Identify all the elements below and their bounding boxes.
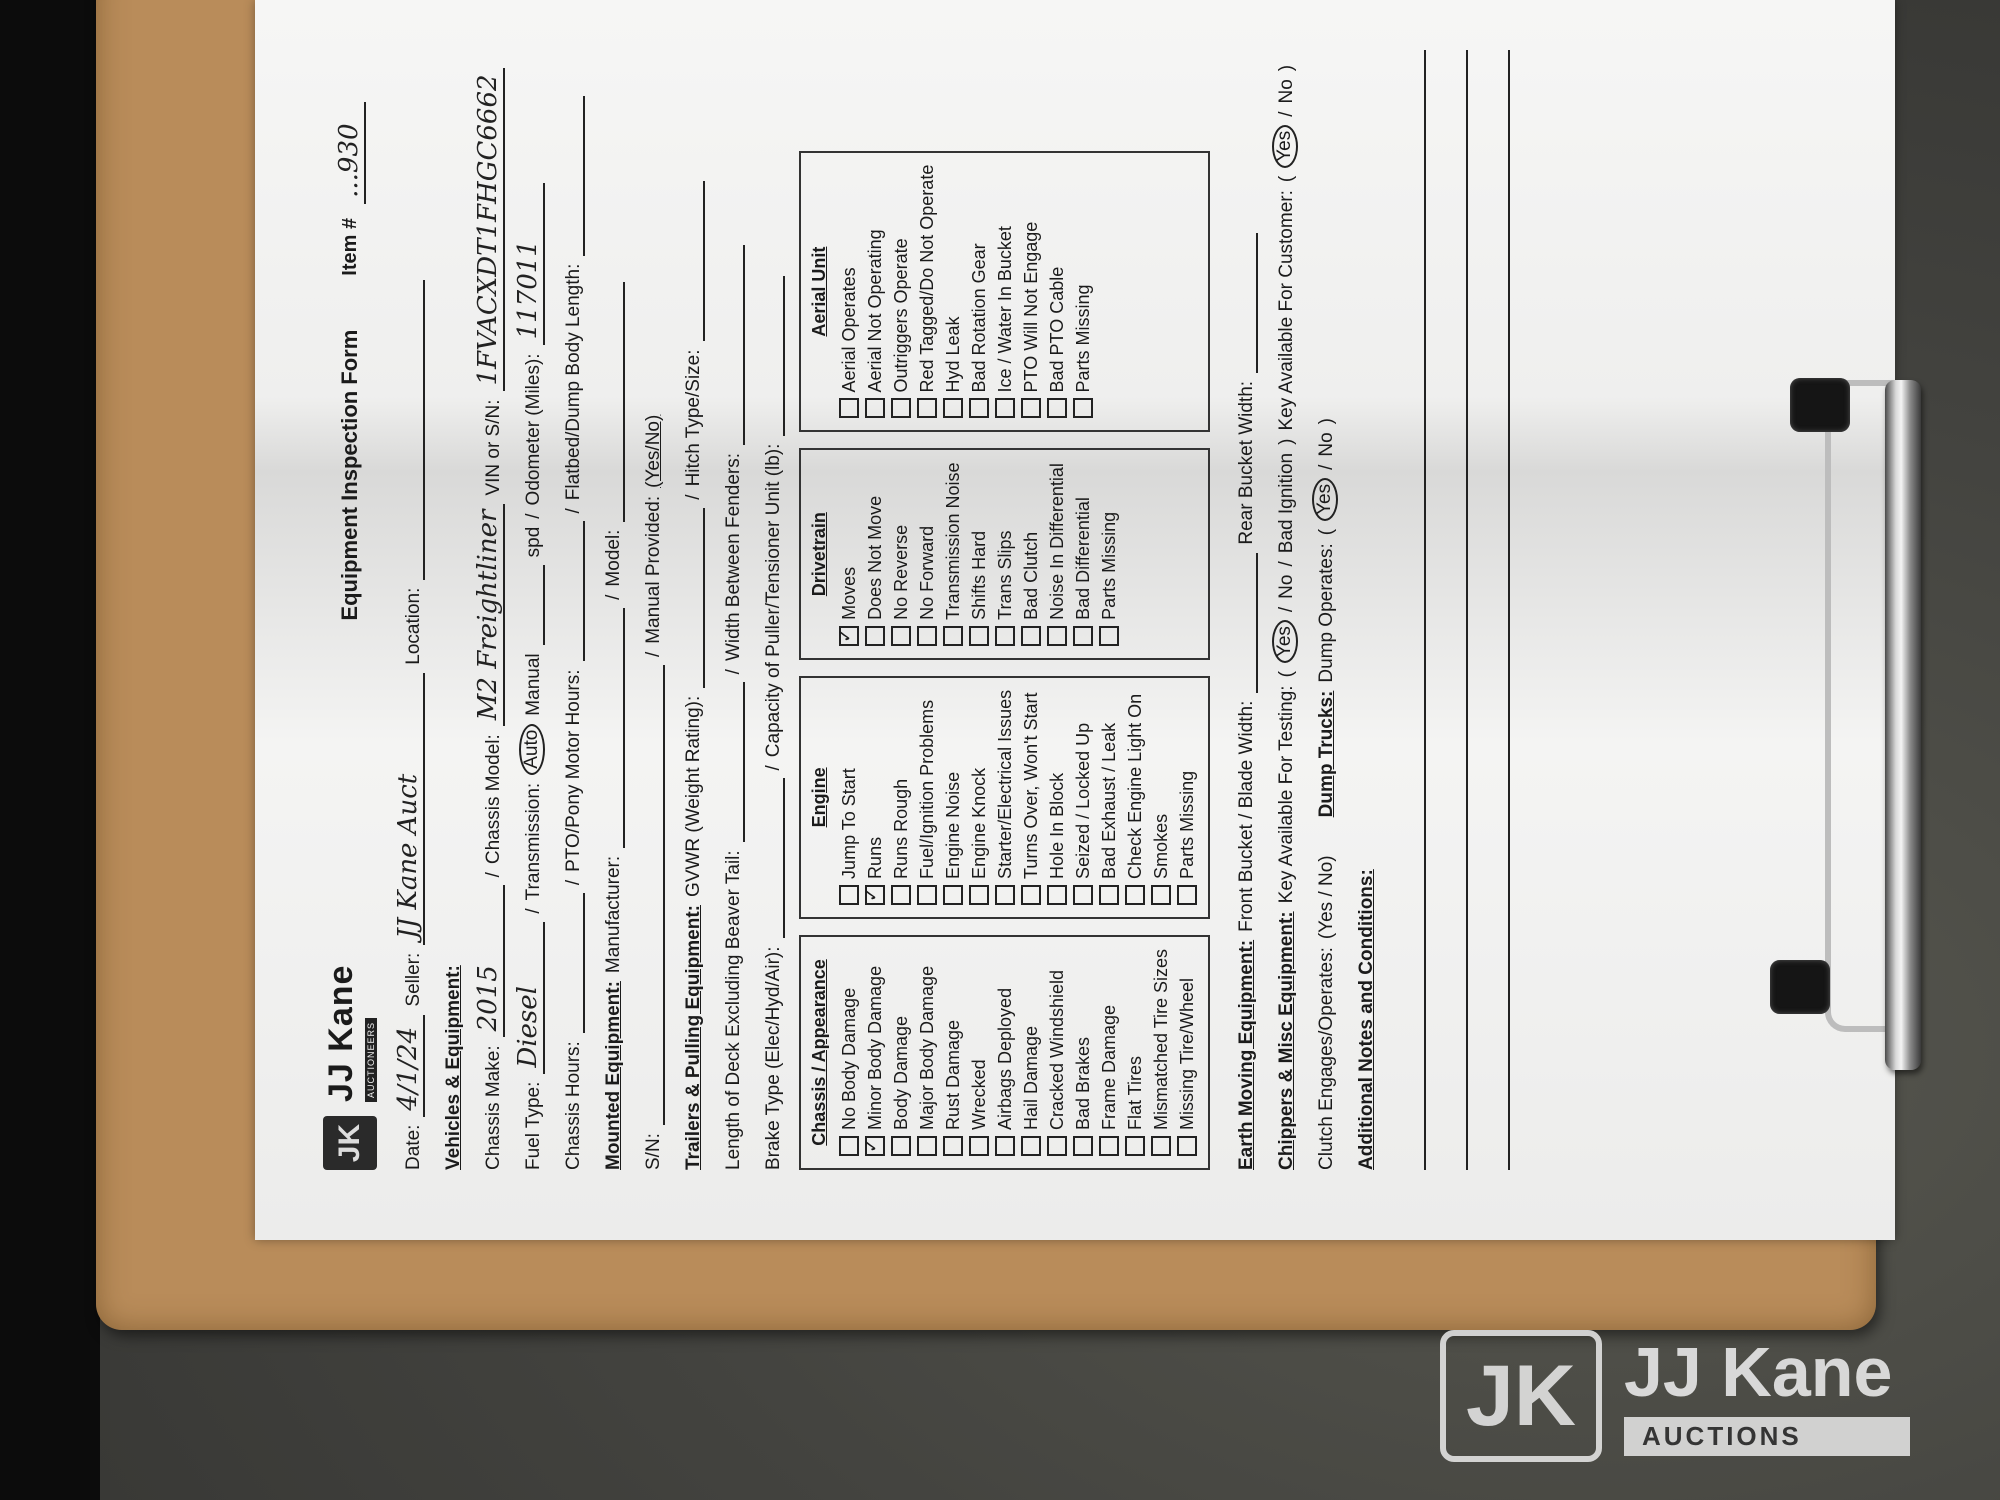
checklist-item-label: Starter/Electrical Issues	[995, 690, 1016, 879]
checklist-item-label: Moves	[839, 567, 860, 620]
manual-provided-options[interactable]: (Yes/No)	[643, 415, 665, 488]
checklist-item[interactable]: Seized / Locked Up	[1070, 690, 1096, 905]
chippers-row: Chippers & Misc Equipment: Key Available…	[1264, 50, 1298, 1170]
date-label: Date:	[403, 1125, 425, 1170]
brand-logo-icon: JK	[323, 1116, 377, 1170]
dump-operates-no[interactable]: No	[1316, 432, 1338, 456]
checklist-item-label: Seized / Locked Up	[1073, 723, 1094, 879]
key-customer-label: Key Available For Customer:	[1276, 190, 1298, 430]
checklist-item-label: Trans Slips	[995, 531, 1016, 620]
gvwr-field[interactable]	[683, 508, 705, 688]
checklist-item[interactable]: Rust Damage	[940, 949, 966, 1156]
checkbox-icon[interactable]	[943, 398, 963, 418]
checkbox-icon[interactable]	[1177, 885, 1197, 905]
checklist-item[interactable]: Ice / Water In Bucket	[992, 165, 1018, 419]
checked-box-icon[interactable]	[865, 1136, 885, 1156]
manual-provided-label: Manual Provided:	[643, 496, 665, 644]
checklist-item[interactable]: No Body Damage	[836, 949, 862, 1156]
checkbox-icon[interactable]	[1073, 1136, 1093, 1156]
clutch-label: Clutch Engages/Operates:	[1316, 947, 1338, 1170]
jk-logo-icon: JK	[1440, 1330, 1602, 1462]
checkbox-icon[interactable]	[891, 626, 911, 646]
checklist-item-label: Missing Tire/Wheel	[1177, 978, 1198, 1130]
checked-box-icon[interactable]	[865, 885, 885, 905]
checklist-item[interactable]: Cracked Windshield	[1044, 949, 1070, 1156]
aerial-box-title: Aerial Unit	[809, 165, 830, 419]
checkbox-icon[interactable]	[865, 626, 885, 646]
checklist-item-label: Engine Noise	[943, 772, 964, 879]
checklist-item[interactable]: Turns Over, Won't Start	[1018, 690, 1044, 905]
chassis-hours-label: Chassis Hours:	[563, 1041, 585, 1170]
checklist-item-label: Aerial Operates	[839, 267, 860, 392]
flatbed-length-field[interactable]	[563, 96, 585, 256]
checklist-item[interactable]: Check Engine Light On	[1122, 690, 1148, 905]
checklist-item-label: Parts Missing	[1099, 512, 1120, 620]
checklist-item[interactable]: Bad Rotation Gear	[966, 165, 992, 419]
checklist-item[interactable]: No Forward	[914, 462, 940, 645]
checkbox-icon[interactable]	[917, 1136, 937, 1156]
brake-row: Brake Type (Elec/Hyd/Air): / Capacity of…	[751, 50, 785, 1170]
checklist-item-label: Transmission Noise	[943, 462, 964, 619]
checklist-item[interactable]: Bad Differential	[1070, 462, 1096, 645]
checkbox-icon[interactable]	[917, 398, 937, 418]
key-testing-yes[interactable]: Yes	[1272, 620, 1298, 663]
checklist-item-label: No Forward	[917, 526, 938, 620]
checkbox-icon[interactable]	[969, 885, 989, 905]
engine-box-title: Engine	[809, 690, 830, 905]
deck-row: Length of Deck Excluding Beaver Tail: / …	[711, 50, 745, 1170]
speed-field[interactable]	[523, 565, 545, 645]
odometer-field[interactable]: 117011	[513, 183, 545, 345]
notes-line[interactable]	[1426, 50, 1468, 1170]
engine-box: Engine Jump To StartRunsRuns RoughFuel/I…	[799, 676, 1210, 919]
chassis-model-label: Chassis Model:	[483, 734, 505, 864]
checkbox-icon[interactable]	[969, 1136, 989, 1156]
checkbox-icon[interactable]	[1151, 885, 1171, 905]
checklist-item-label: Red Tagged/Do Not Operate	[917, 165, 938, 393]
checklist-item[interactable]: Engine Noise	[940, 690, 966, 905]
checkbox-icon[interactable]	[1073, 885, 1093, 905]
clip-knob-top	[1790, 378, 1850, 432]
chippers-section-title: Chippers & Misc Equipment:	[1276, 911, 1298, 1170]
checklist-item-label: Outriggers Operate	[891, 238, 912, 392]
chassis-hours-field[interactable]	[563, 893, 585, 1033]
deck-length-label: Length of Deck Excluding Beaver Tail:	[723, 850, 745, 1170]
flatbed-length-label: Flatbed/Dump Body Length:	[563, 264, 585, 501]
front-bucket-label: Front Bucket / Blade Width:	[1236, 701, 1258, 932]
checkbox-icon[interactable]	[1021, 626, 1041, 646]
checklist-item[interactable]: Bad PTO Cable	[1044, 165, 1070, 419]
rear-bucket-label: Rear Bucket Width:	[1236, 381, 1258, 545]
checkbox-icon[interactable]	[891, 885, 911, 905]
checklist-item-label: PTO Will Not Engage	[1021, 222, 1042, 393]
checklist-item[interactable]: Smokes	[1148, 690, 1174, 905]
rear-bucket-field[interactable]	[1236, 233, 1258, 373]
drivetrain-box-title: Drivetrain	[809, 462, 830, 645]
capacity-field[interactable]	[763, 276, 785, 436]
checklist-item[interactable]: Runs Rough	[888, 690, 914, 905]
checklist-item[interactable]: Engine Knock	[966, 690, 992, 905]
checkbox-icon[interactable]	[839, 1136, 859, 1156]
paper-wrapper: JK JJ Kane AUCTIONEERS Equipment Inspect…	[255, 0, 1895, 1240]
checkbox-icon[interactable]	[969, 626, 989, 646]
odometer-label: Odometer (Miles):	[523, 353, 545, 505]
checklist-item[interactable]: Fuel/Ignition Problems	[914, 690, 940, 905]
checkbox-icon[interactable]	[943, 1136, 963, 1156]
checklist-item[interactable]: Wrecked	[966, 949, 992, 1156]
checklist-item-label: Does Not Move	[865, 496, 886, 620]
checkbox-icon[interactable]	[943, 885, 963, 905]
checklist-item-label: Noise In Differential	[1047, 463, 1068, 620]
drivetrain-box: Drivetrain MovesDoes Not MoveNo ReverseN…	[799, 448, 1210, 659]
checklist-item[interactable]: Trans Slips	[992, 462, 1018, 645]
checklist-item[interactable]: No Reverse	[888, 462, 914, 645]
earth-moving-title: Earth Moving Equipment:	[1236, 940, 1258, 1170]
trailers-section-title: Trailers & Pulling Equipment:	[683, 905, 705, 1170]
clutch-row: Clutch Engages/Operates: (Yes / No) Dump…	[1304, 50, 1338, 1170]
checkbox-icon[interactable]	[995, 885, 1015, 905]
manufacturer-label: Manufacturer:	[603, 856, 625, 973]
checklist-item-label: Aerial Not Operating	[865, 229, 886, 392]
notes-line[interactable]	[1468, 50, 1510, 1170]
transmission-auto-option[interactable]: Auto	[519, 724, 545, 775]
vin-label: VIN or S/N:	[483, 400, 505, 496]
checkbox-icon[interactable]	[839, 885, 859, 905]
checklist-item[interactable]: Moves	[836, 462, 862, 645]
checklist-item[interactable]: Hole In Block	[1044, 690, 1070, 905]
checklist-item-label: Bad PTO Cable	[1047, 267, 1068, 393]
checklist-item-label: Bad Rotation Gear	[969, 243, 990, 392]
manufacturer-field[interactable]	[603, 608, 625, 848]
inspection-form: JK JJ Kane AUCTIONEERS Equipment Inspect…	[255, 0, 1895, 1240]
checkbox-icon[interactable]	[1099, 626, 1119, 646]
checkbox-icon[interactable]	[1099, 1136, 1119, 1156]
chassis-box-title: Chassis / Appearance	[809, 949, 830, 1156]
checklist-item-label: Body Damage	[891, 1016, 912, 1130]
clipboard-clip[interactable]	[1885, 380, 1921, 1070]
key-testing-label: Key Available For Testing:	[1276, 685, 1298, 903]
transmission-manual-option[interactable]: Manual	[523, 653, 545, 715]
checkbox-icon[interactable]	[891, 398, 911, 418]
checklist-item[interactable]: Parts Missing	[1070, 165, 1096, 419]
checkbox-icon[interactable]	[1021, 1136, 1041, 1156]
checkbox-icon[interactable]	[1073, 626, 1093, 646]
sn-field[interactable]	[643, 665, 665, 1125]
fuel-type-label: Fuel Type:	[523, 1082, 545, 1170]
checklist-item[interactable]: Noise In Differential	[1044, 462, 1070, 645]
watermark-name: JJ Kane	[1624, 1337, 1910, 1407]
checklist-item[interactable]: Airbags Deployed	[992, 949, 1018, 1156]
checkbox-icon[interactable]	[917, 885, 937, 905]
checklist-item-label: Hyd Leak	[943, 316, 964, 392]
seller-field[interactable]: JJ Kane Auct	[393, 673, 425, 945]
checkbox-icon[interactable]	[839, 398, 859, 418]
checklist-item[interactable]: Shifts Hard	[966, 462, 992, 645]
checklist-item[interactable]: Starter/Electrical Issues	[992, 690, 1018, 905]
pto-hours-label: PTO/Pony Motor Hours:	[563, 670, 585, 872]
checklist-item[interactable]: Hail Damage	[1018, 949, 1044, 1156]
checkbox-icon[interactable]	[969, 398, 989, 418]
key-customer-no[interactable]: No	[1276, 79, 1298, 103]
checkbox-icon[interactable]	[917, 626, 937, 646]
chassis-make-label: Chassis Make:	[483, 1045, 505, 1170]
checklist-item[interactable]: Bad Clutch	[1018, 462, 1044, 645]
checklist-item-label: Hail Damage	[1021, 1026, 1042, 1130]
form-title: Equipment Inspection Form	[337, 330, 363, 621]
hitch-field[interactable]	[683, 181, 705, 341]
brake-type-field[interactable]	[763, 778, 785, 938]
checklist-item[interactable]: PTO Will Not Engage	[1018, 165, 1044, 419]
checkbox-icon[interactable]	[891, 1136, 911, 1156]
location-label: Location:	[403, 588, 425, 665]
deck-length-field[interactable]	[723, 682, 745, 842]
checklist-item[interactable]: Jump To Start	[836, 690, 862, 905]
vehicles-section-title: Vehicles & Equipment:	[443, 965, 465, 1170]
form-header: JK JJ Kane AUCTIONEERS Equipment Inspect…	[315, 50, 385, 1170]
checklist-item-label: Hole In Block	[1047, 773, 1068, 879]
checklist-item-label: Minor Body Damage	[865, 966, 886, 1130]
model-field[interactable]	[603, 282, 625, 522]
checkbox-icon[interactable]	[1151, 1136, 1171, 1156]
aerial-box: Aerial Unit Aerial OperatesAerial Not Op…	[799, 151, 1210, 433]
checkbox-icon[interactable]	[995, 1136, 1015, 1156]
checklist-item[interactable]: Major Body Damage	[914, 949, 940, 1156]
brake-type-label: Brake Type (Elec/Hyd/Air):	[763, 946, 785, 1170]
checklist-item-label: Turns Over, Won't Start	[1021, 692, 1042, 879]
checklist-item-label: Rust Damage	[943, 1020, 964, 1130]
sn-label: S/N:	[643, 1133, 665, 1170]
chassis-make-field[interactable]: 2015	[473, 885, 505, 1037]
checkbox-icon[interactable]	[1047, 626, 1067, 646]
checklist-item[interactable]: Hyd Leak	[940, 165, 966, 419]
fuel-type-field[interactable]: Diesel	[513, 922, 545, 1074]
trailers-row: Trailers & Pulling Equipment: GVWR (Weig…	[671, 50, 705, 1170]
notes-section-title: Additional Notes and Conditions:	[1356, 869, 1378, 1170]
checkbox-icon[interactable]	[1125, 885, 1145, 905]
checkbox-icon[interactable]	[1021, 398, 1041, 418]
checklist-item-label: Bad Clutch	[1021, 532, 1042, 620]
gvwr-label: GVWR (Weight Rating):	[683, 696, 705, 897]
fenders-width-label: Width Between Fenders:	[723, 453, 745, 661]
model-label: Model:	[603, 530, 625, 587]
checklist-item-label: Smokes	[1151, 814, 1172, 879]
checklist-item-label: Engine Knock	[969, 768, 990, 879]
transmission-label: Transmission:	[523, 783, 545, 901]
dump-operates-yes[interactable]: Yes	[1312, 478, 1338, 521]
checkbox-icon[interactable]	[1099, 885, 1119, 905]
chassis-model-field[interactable]: M2 Freightliner	[473, 504, 505, 727]
checklist-item[interactable]: Aerial Operates	[836, 165, 862, 419]
location-field[interactable]	[403, 280, 425, 580]
clip-knob-bottom	[1770, 960, 1830, 1014]
pto-hours-field[interactable]	[563, 522, 585, 662]
checkbox-icon[interactable]	[1073, 398, 1093, 418]
hitch-label: Hitch Type/Size:	[683, 349, 705, 486]
key-customer-yes[interactable]: Yes	[1272, 125, 1298, 168]
checkbox-icon[interactable]	[1047, 885, 1067, 905]
checkbox-icon[interactable]	[865, 398, 885, 418]
checklist-item-label: Ice / Water In Bucket	[995, 226, 1016, 392]
checklist-item-label: Airbags Deployed	[995, 988, 1016, 1130]
checklist-item[interactable]: Runs	[862, 690, 888, 905]
checkbox-icon[interactable]	[1177, 1136, 1197, 1156]
checklist-item-label: Parts Missing	[1073, 284, 1094, 392]
watermark-tag: AUCTIONS	[1624, 1417, 1910, 1456]
checklist-item[interactable]: Mismatched Tire Sizes	[1148, 949, 1174, 1156]
chassis-row: Chassis Make: 2015 / Chassis Model: M2 F…	[471, 50, 505, 1170]
checklist-item-label: Runs	[865, 837, 886, 879]
watermark-logo: JK JJ Kane AUCTIONS	[1440, 1330, 1910, 1462]
checklist-item[interactable]: Frame Damage	[1096, 949, 1122, 1156]
checkbox-icon[interactable]	[1021, 885, 1041, 905]
checkbox-icon[interactable]	[995, 626, 1015, 646]
dump-operates-label: Dump Operates:	[1316, 543, 1338, 682]
checklist-item-label: Bad Brakes	[1073, 1037, 1094, 1130]
checkbox-icon[interactable]	[1047, 398, 1067, 418]
dump-trucks-title: Dump Trucks:	[1316, 691, 1338, 818]
hours-row: Chassis Hours: / PTO/Pony Motor Hours: /…	[551, 50, 585, 1170]
item-number-label: Item #	[339, 218, 362, 276]
checklist-item[interactable]: Red Tagged/Do Not Operate	[914, 165, 940, 419]
item-number-value[interactable]: ...930	[334, 102, 366, 204]
mounted-row: Mounted Equipment: Manufacturer: / Model…	[591, 50, 625, 1170]
checklist-item[interactable]: Does Not Move	[862, 462, 888, 645]
checklist-item-label: Runs Rough	[891, 779, 912, 879]
chassis-box: Chassis / Appearance No Body DamageMinor…	[799, 935, 1210, 1170]
brand-name: JJ Kane	[322, 965, 361, 1102]
checklist-item-label: Flat Tires	[1125, 1056, 1146, 1130]
checklist-item-label: Jump To Start	[839, 768, 860, 879]
date-field[interactable]: 4/1/24	[393, 1015, 425, 1117]
checklist-item-label: Check Engine Light On	[1125, 694, 1146, 879]
fenders-width-field[interactable]	[723, 245, 745, 445]
checklist-item[interactable]: Bad Exhaust / Leak	[1096, 690, 1122, 905]
checklist-item[interactable]: Flat Tires	[1122, 949, 1148, 1156]
key-testing-no[interactable]: No	[1276, 575, 1298, 599]
checkbox-icon[interactable]	[943, 626, 963, 646]
checklist-item[interactable]: Minor Body Damage	[862, 949, 888, 1156]
checklist-item-label: Mismatched Tire Sizes	[1151, 949, 1172, 1130]
checklist-boxes: Chassis / Appearance No Body DamageMinor…	[799, 50, 1210, 1170]
mounted-section-title: Mounted Equipment:	[603, 981, 625, 1170]
fuel-row: Fuel Type: Diesel / Transmission: Auto M…	[511, 50, 545, 1170]
sn-row: S/N: / Manual Provided: (Yes/No)	[631, 50, 665, 1170]
front-bucket-field[interactable]	[1236, 553, 1258, 693]
checklist-item-label: Major Body Damage	[917, 966, 938, 1130]
date-row: Date: 4/1/24 Seller: JJ Kane Auct Locati…	[391, 50, 425, 1170]
checklist-item[interactable]: Body Damage	[888, 949, 914, 1156]
checkbox-icon[interactable]	[995, 398, 1015, 418]
checklist-item-label: Frame Damage	[1099, 1005, 1120, 1130]
checklist-item-label: Wrecked	[969, 1059, 990, 1130]
checklist-item[interactable]: Missing Tire/Wheel	[1174, 949, 1200, 1156]
checklist-item-label: No Reverse	[891, 525, 912, 620]
checklist-item[interactable]: Bad Brakes	[1070, 949, 1096, 1156]
checklist-item-label: Cracked Windshield	[1047, 970, 1068, 1130]
brand-sub: AUCTIONEERS	[365, 1018, 377, 1102]
checkbox-icon[interactable]	[1125, 1136, 1145, 1156]
capacity-label: Capacity of Puller/Tensioner Unit (lb):	[763, 444, 785, 758]
vin-field[interactable]: 1FVACXDT1FHGC6662	[473, 68, 505, 391]
checklist-item-label: Bad Differential	[1073, 497, 1094, 620]
checklist-item-label: Shifts Hard	[969, 531, 990, 620]
checklist-item[interactable]: Transmission Noise	[940, 462, 966, 645]
checked-box-icon[interactable]	[839, 626, 859, 646]
clutch-options[interactable]: (Yes / No)	[1316, 855, 1338, 939]
checkbox-icon[interactable]	[1047, 1136, 1067, 1156]
checklist-item-label: Bad Exhaust / Leak	[1099, 723, 1120, 879]
earth-moving-row: Earth Moving Equipment: Front Bucket / B…	[1224, 50, 1258, 1170]
key-testing-bad-ignition[interactable]: Bad Ignition	[1276, 453, 1298, 553]
notes-line[interactable]	[1384, 50, 1426, 1170]
checklist-item[interactable]: Aerial Not Operating	[862, 165, 888, 419]
checklist-item[interactable]: Outriggers Operate	[888, 165, 914, 419]
checklist-item[interactable]: Parts Missing	[1096, 462, 1122, 645]
spd-label: spd	[523, 527, 545, 558]
seller-label: Seller:	[403, 953, 425, 1007]
checklist-item[interactable]: Parts Missing	[1174, 690, 1200, 905]
checklist-item-label: Fuel/Ignition Problems	[917, 700, 938, 879]
dark-edge	[0, 0, 100, 1500]
checklist-item-label: No Body Damage	[839, 988, 860, 1130]
checklist-item-label: Parts Missing	[1177, 771, 1198, 879]
